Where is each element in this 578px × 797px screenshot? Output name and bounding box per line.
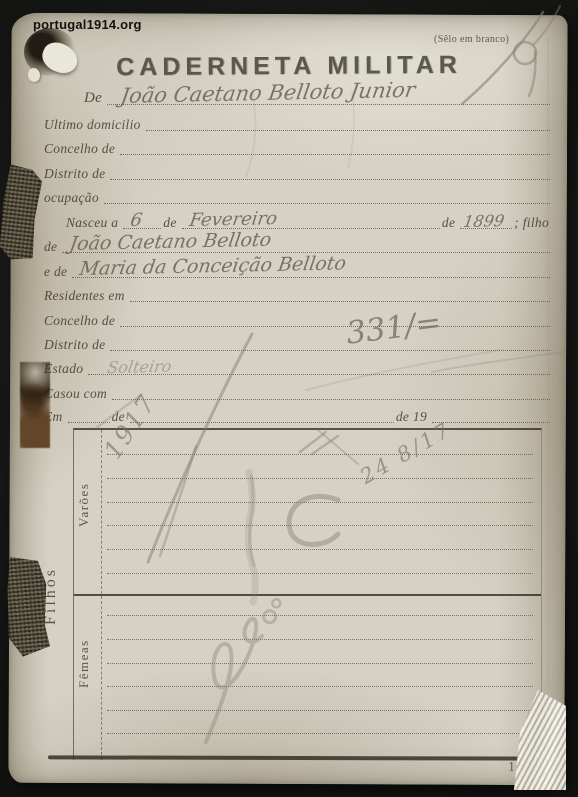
dotted-line	[130, 410, 394, 423]
dotted-line	[432, 410, 550, 423]
table-dotted-row	[107, 525, 533, 526]
dotted-line: João Caetano Belloto Junior	[107, 92, 550, 105]
dotted-line: 1899	[460, 216, 512, 229]
handwritten-father-name: João Caetano Belloto	[68, 229, 273, 255]
field-concelho-1: Concelho de	[44, 136, 552, 158]
table-dotted-row	[107, 454, 533, 455]
dotted-line: Solteiro	[88, 362, 550, 375]
table-row-label-females: Fêmeas	[76, 606, 98, 722]
field-estado: Estado Solteiro	[44, 356, 552, 378]
handwritten-birth-month: Fevereiro	[188, 208, 279, 231]
field-label: Concelho de	[44, 141, 118, 158]
field-ultimo-domicilio: Ultimo domicilio	[44, 112, 552, 134]
table-dotted-row	[107, 502, 533, 503]
field-distrito-2: Distrito de	[44, 332, 552, 354]
dotted-line: 6	[123, 216, 161, 229]
table-row-label-males: Varões	[76, 444, 98, 566]
field-label: de	[442, 215, 458, 232]
field-label: Distrito de	[44, 337, 108, 354]
dotted-line	[120, 314, 550, 327]
table-dotted-row	[107, 573, 533, 574]
table-dotted-row	[107, 615, 533, 616]
field-casou-com: Casou com	[44, 381, 552, 403]
field-nascimento: Nasceu a 6 de Fevereiro de 1899 ; filho	[44, 210, 552, 232]
dotted-line: Maria da Conceição Belloto	[72, 265, 550, 278]
field-concelho-2: Concelho de	[44, 308, 552, 330]
table-dotted-row	[107, 639, 533, 640]
field-label: Residentes em	[44, 288, 128, 305]
table-dotted-row	[107, 686, 533, 687]
handwritten-birth-year: 1899	[462, 211, 506, 231]
dotted-line	[146, 118, 550, 131]
table-dotted-row	[107, 663, 533, 664]
field-label: Estado	[44, 361, 86, 378]
dotted-line	[130, 289, 550, 302]
field-distrito-1: Distrito de	[44, 161, 552, 183]
field-label: e de	[44, 264, 70, 281]
table-middle-rule	[74, 594, 541, 596]
field-label: Concelho de	[44, 313, 118, 330]
burn-drip-stain	[20, 362, 50, 448]
field-label: de	[44, 239, 60, 256]
table-dotted-row	[107, 549, 533, 550]
field-ocupacao: ocupação	[44, 185, 552, 207]
handwritten-marital-status: Solteiro	[106, 357, 173, 377]
table-dotted-row	[107, 710, 533, 711]
field-label: ; filho	[514, 215, 552, 232]
dotted-line	[110, 167, 550, 180]
field-label: ocupação	[44, 190, 102, 207]
dotted-line	[112, 387, 550, 400]
page-number: 1	[508, 760, 515, 776]
field-label: de	[163, 215, 179, 232]
children-table	[73, 428, 542, 760]
dotted-line	[120, 142, 550, 155]
handwritten-mother-name: Maria da Conceição Belloto	[78, 252, 348, 280]
dotted-line	[68, 410, 110, 423]
field-owner: De João Caetano Belloto Junior	[44, 86, 552, 108]
field-label: Ultimo domicilio	[44, 117, 144, 134]
dotted-line	[104, 191, 550, 204]
field-residentes: Residentes em	[44, 283, 552, 305]
blank-seal-note: (Sêlo em branco)	[434, 34, 509, 45]
dotted-line	[110, 338, 550, 351]
dotted-line: Fevereiro	[182, 216, 440, 229]
table-dotted-row	[107, 478, 533, 479]
field-label: de 19	[396, 409, 430, 426]
field-mae: e de Maria da Conceição Belloto	[44, 259, 552, 281]
dotted-line: João Caetano Belloto	[62, 240, 550, 253]
table-dotted-row	[107, 733, 533, 734]
handwritten-birth-day: 6	[129, 210, 144, 231]
field-label: Casou com	[44, 386, 110, 403]
field-label: Nasceu a	[66, 215, 121, 232]
photograph-background: portugal1914.org (Sêlo em branco) CADERN…	[0, 0, 578, 797]
handwritten-owner-name: João Caetano Belloto Junior	[119, 78, 417, 108]
field-label: Distrito de	[44, 166, 108, 183]
field-label: De	[84, 90, 105, 108]
